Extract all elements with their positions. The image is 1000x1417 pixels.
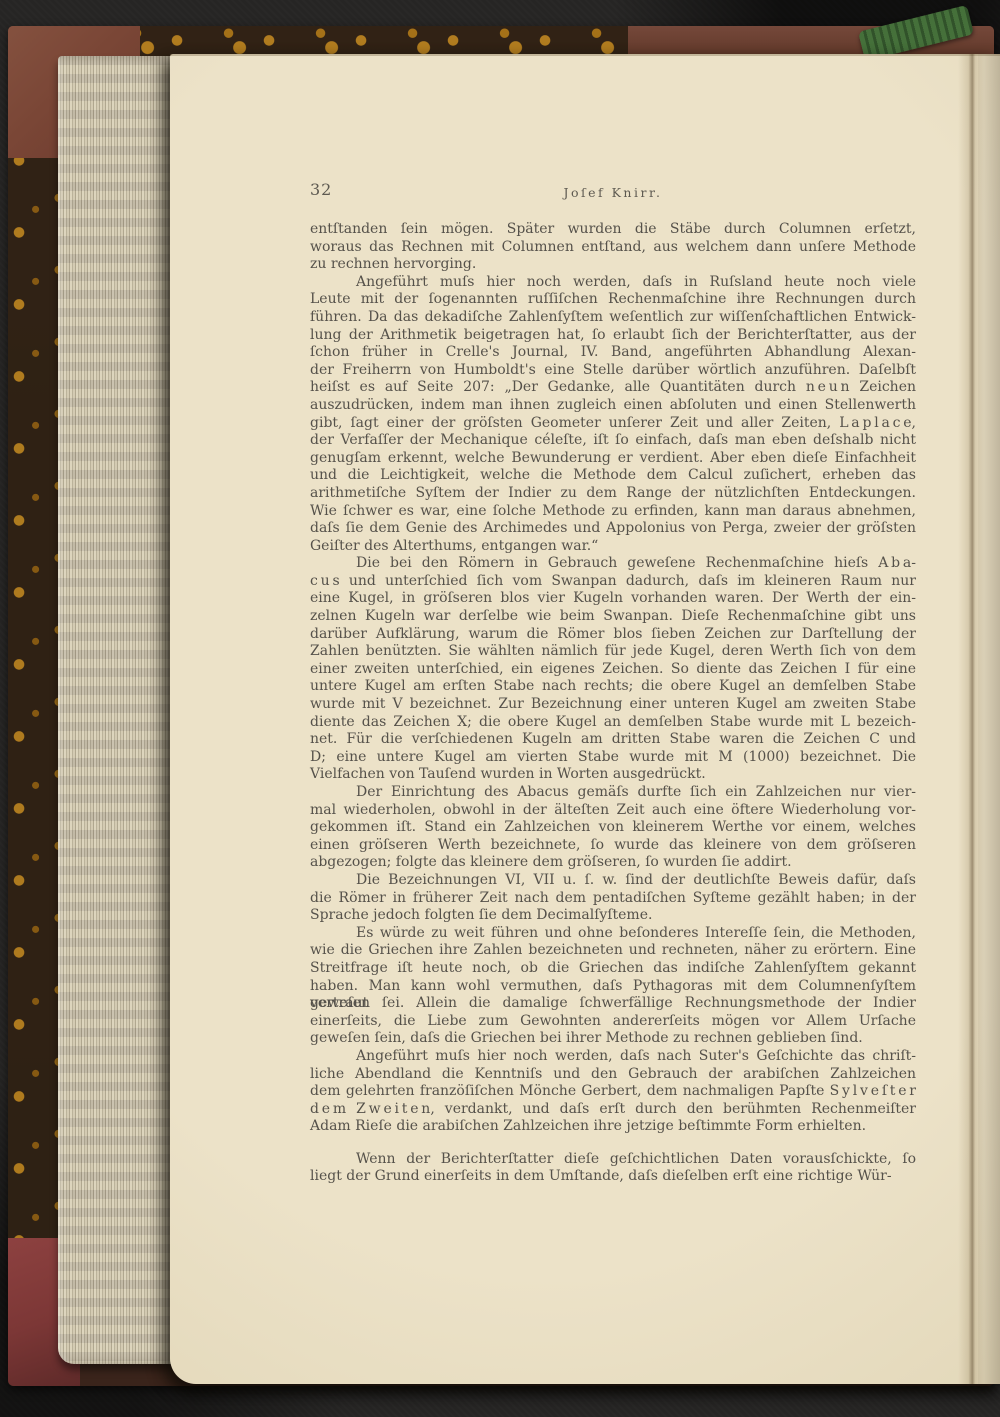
text-line: dem gelehrten franzöſiſchen Mönche Gerbe… (310, 1083, 916, 1101)
text-line: die Römer in früherer Zeit nach dem pent… (310, 890, 916, 908)
text-line: Der Einrichtung des Abacus gemäſs durfte… (310, 784, 916, 802)
text-line: genugſam erkennt, welche Bewunderung er … (310, 450, 916, 468)
text-line: diente das Zeichen X; die obere Kugel an… (310, 714, 916, 732)
page-top-edge (170, 54, 1000, 56)
text-line: und die Leichtigkeit, welche die Methode… (310, 467, 916, 485)
text-line: ſchon früher in Crelle's Journal, IV. Ba… (310, 344, 916, 362)
page-stack-fore-edge (58, 56, 178, 1364)
text-line: Wie ſchwer es war, eine ſolche Methode z… (310, 503, 916, 521)
photo-background: 32 Joſef Knirr. entſtanden ſein mögen. S… (0, 0, 1000, 1417)
text-line: entſtanden ſein mögen. Später wurden die… (310, 221, 916, 239)
text-line: der Freiherrn von Humboldt's eine Stelle… (310, 362, 916, 380)
text-line: führen. Da das dekadiſche Zahlenſyſtem w… (310, 309, 916, 327)
text-line: einen gröſseren Werth bezeichnete, ſo wu… (310, 837, 916, 855)
cover-marble-left-strip (8, 146, 64, 1254)
text-line: einerſeits, die Liebe zum Gewohnten ande… (310, 1013, 916, 1031)
text-line: Zahlen benützten. Sie wählten nämlich fü… (310, 643, 916, 661)
paragraph: Die Bezeichnungen VI, VII u. ſ. w. ſind … (310, 872, 916, 925)
text-line: Die bei den Römern in Gebrauch geweſene … (310, 555, 916, 573)
text-line: auszudrücken, indem man ihnen zugleich e… (310, 397, 916, 415)
running-header: Joſef Knirr. (310, 185, 916, 200)
text-line: zu rechnen hervorging. (310, 256, 916, 274)
text-line: wurde mit V bezeichnet. Zur Bezeichnung … (310, 696, 916, 714)
text-line: Sprache jedoch folgten ſie dem Decimalſy… (310, 907, 916, 925)
text-line: Vielfachen von Tauſend wurden in Worten … (310, 766, 916, 784)
text-line: Angeführt muſs hier noch werden, daſs na… (310, 1048, 916, 1066)
text-line: heiſst es auf Seite 207: „Der Gedanke, a… (310, 379, 916, 397)
text-line: haben. Man kann wohl vermuthen, daſs Pyt… (310, 978, 916, 996)
body-text: entſtanden ſein mögen. Später wurden die… (310, 221, 916, 1186)
text-line: arithmetiſche Syſtem der Indier zu dem R… (310, 485, 916, 503)
text-line: Es würde zu weit führen und ohne beſonde… (310, 925, 916, 943)
text-line: einer zweiten unterſchied, ein eigenes Z… (310, 661, 916, 679)
text-line: lung der Arithmetik beigetragen hat, ſo … (310, 327, 916, 345)
text-line: Adam Rieſe die arabiſchen Zahlzeichen ih… (310, 1118, 916, 1136)
text-line: Geiſter des Alterthums, entgangen war.“ (310, 538, 916, 556)
paragraph: Der Einrichtung des Abacus gemäſs durfte… (310, 784, 916, 872)
text-line: gibt, ſagt einer der gröſsten Geometer u… (310, 415, 916, 433)
text-line: c u s und unterſchied ſich vom Swanpan d… (310, 573, 916, 591)
text-line: liegt der Grund einerſeits in dem Umſtan… (310, 1168, 916, 1186)
text-line: abgezogen; folgte das kleinere dem gröſs… (310, 854, 916, 872)
paragraph: Angeführt muſs hier noch werden, daſs in… (310, 274, 916, 556)
text-line: zelnen Kugeln war derſelbe wie beim Swan… (310, 608, 916, 626)
text-line: net. Für die verſchiedenen Kugeln am dri… (310, 731, 916, 749)
paragraph: Wenn der Berichterſtatter dieſe geſchich… (310, 1151, 916, 1186)
text-line: Streitfrage iſt heute noch, ob die Griec… (310, 960, 916, 978)
text-line: woraus das Rechnen mit Columnen entſtand… (310, 239, 916, 257)
text-line: mal wiederholen, obwohl in der älteſten … (310, 802, 916, 820)
text-line: Angeführt muſs hier noch werden, daſs in… (310, 274, 916, 292)
text-line: Wenn der Berichterſtatter dieſe geſchich… (310, 1151, 916, 1169)
paragraph: Es würde zu weit führen und ohne beſonde… (310, 925, 916, 1048)
text-line: untere Kugel am erſten Stabe nach rechts… (310, 678, 916, 696)
paragraph: Die bei den Römern in Gebrauch geweſene … (310, 555, 916, 784)
text-line: darüber Aufklärung, warum die Römer blos… (310, 626, 916, 644)
facing-page-sliver (978, 54, 1000, 1384)
paragraph: Angeführt muſs hier noch werden, daſs na… (310, 1048, 916, 1136)
text-line: daſs ſie dem Genie des Archimedes und Ap… (310, 520, 916, 538)
text-line: eine Kugel, in gröſseren blos vier Kugel… (310, 590, 916, 608)
text-line: Leute mit der ſogenannten ruſſiſchen Rec… (310, 291, 916, 309)
text-line: liche Abendland die Kenntniſs und den Ge… (310, 1066, 916, 1084)
text-line: wie die Griechen ihre Zahlen bezeichnete… (310, 942, 916, 960)
text-line: der Verfaſſer der Mechanique céleſte, iſ… (310, 432, 916, 450)
text-line: d e m Z w e i t e n, verdankt, und daſs … (310, 1101, 916, 1119)
text-line: D; eine untere Kugel am vierten Stabe wu… (310, 749, 916, 767)
paragraph: entſtanden ſein mögen. Später wurden die… (310, 221, 916, 274)
text-line: geweſen ſei. Allein die damalige ſchwerf… (310, 995, 916, 1013)
text-line: gekommen iſt. Stand ein Zahlzeichen von … (310, 819, 916, 837)
text-line: geweſen ſein, daſs die Griechen bei ihre… (310, 1030, 916, 1048)
text-line: Die Bezeichnungen VI, VII u. ſ. w. ſind … (310, 872, 916, 890)
